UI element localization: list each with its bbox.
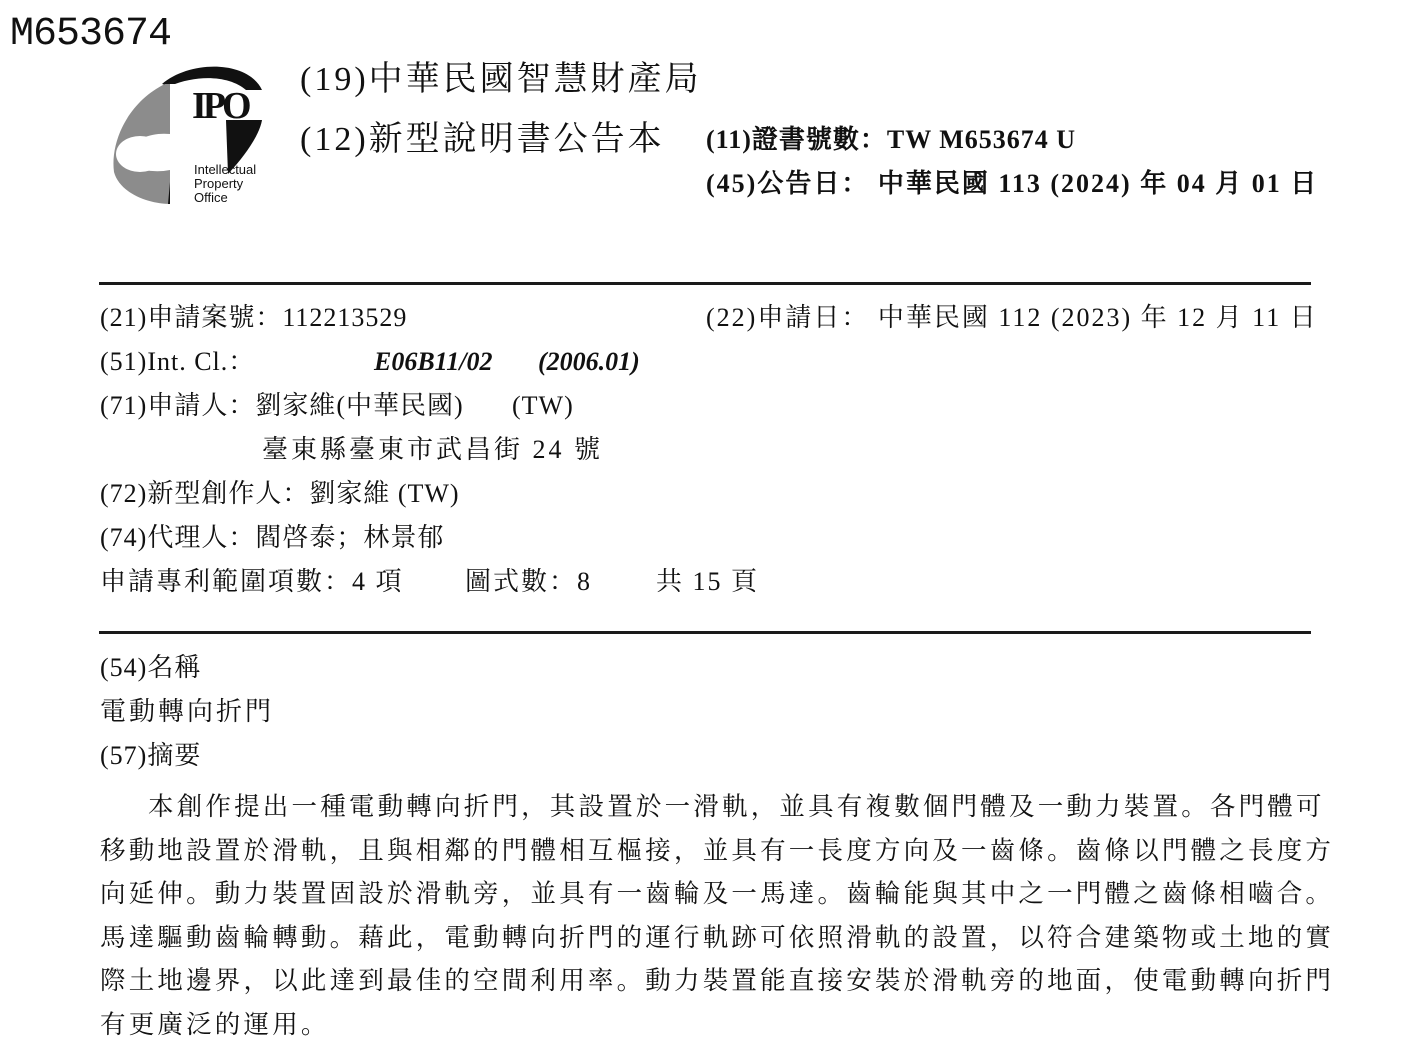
document-number: M653674 — [10, 10, 171, 60]
abstract-label: (57)摘要 — [100, 739, 201, 773]
svg-text:Property: Property — [194, 176, 244, 191]
application-date: (22)申請日： 中華民國 112 (2023) 年 12 月 11 日 — [706, 301, 1318, 335]
claims-count: 申請專利範圍項數：4 項 — [100, 565, 404, 599]
abstract-line: 際土地邊界，以此達到最佳的空間利用率。動力裝置能直接安裝於滑軌旁的地面，使電動轉… — [100, 959, 1312, 1003]
abstract-line: 移動地設置於滑軌，且與相鄰的門體相互樞接，並具有一長度方向及一齒條。齒條以門體之… — [100, 829, 1312, 873]
title-label: (54)名稱 — [100, 651, 201, 685]
invention-title: 電動轉向折門 — [100, 695, 274, 729]
ipo-logo-icon: IPO Intellectual Property Office — [110, 62, 270, 207]
svg-text:Intellectual: Intellectual — [194, 162, 256, 177]
total-pages: 共 15 頁 — [656, 565, 759, 599]
svg-text:IPO: IPO — [192, 85, 250, 127]
figures-count: 圖式數：8 — [465, 565, 592, 599]
svg-text:Office: Office — [194, 190, 228, 205]
applicant-country: (TW) — [512, 389, 574, 423]
abstract-body: 本創作提出一種電動轉向折門，其設置於一滑軌，並具有複數個門體及一動力裝置。各門體… — [100, 785, 1312, 1046]
abstract-line: 馬達驅動齒輪轉動。藉此，電動轉向折門的運行軌跡可依照滑軌的設置，以符合建築物或土… — [100, 916, 1312, 960]
abstract-line: 本創作提出一種電動轉向折門，其設置於一滑軌，並具有複數個門體及一動力裝置。各門體… — [100, 785, 1312, 829]
divider-middle — [99, 631, 1311, 634]
divider-top — [99, 282, 1311, 285]
ipo-logo: IPO Intellectual Property Office — [110, 62, 270, 207]
int-cl-label: (51)Int. Cl.： — [100, 345, 255, 379]
publication-date: (45)公告日： 中華民國 113 (2024) 年 04 月 01 日 — [706, 167, 1318, 201]
inventor: (72)新型創作人：劉家維 (TW) — [100, 477, 460, 511]
int-cl-version: (2006.01) — [538, 345, 640, 379]
abstract-line: 向延伸。動力裝置固設於滑軌旁，並具有一齒輪及一馬達。齒輪能與其中之一門體之齒條相… — [100, 872, 1312, 916]
certificate-number: (11)證書號數：TW M653674 U — [706, 123, 1076, 157]
abstract-line: 有更廣泛的運用。 — [100, 1003, 1312, 1047]
issuing-office: (19)中華民國智慧財產局 — [300, 58, 702, 102]
agent: (74)代理人：閻啓泰；林景郁 — [100, 521, 444, 555]
int-cl-code: E06B11/02 — [374, 345, 492, 379]
publication-type: (12)新型說明書公告本 — [300, 118, 665, 162]
applicant: (71)申請人：劉家維(中華民國) — [100, 389, 464, 423]
application-number: (21)申請案號：112213529 — [100, 301, 407, 335]
applicant-address: 臺東縣臺東市武昌街 24 號 — [262, 433, 603, 467]
